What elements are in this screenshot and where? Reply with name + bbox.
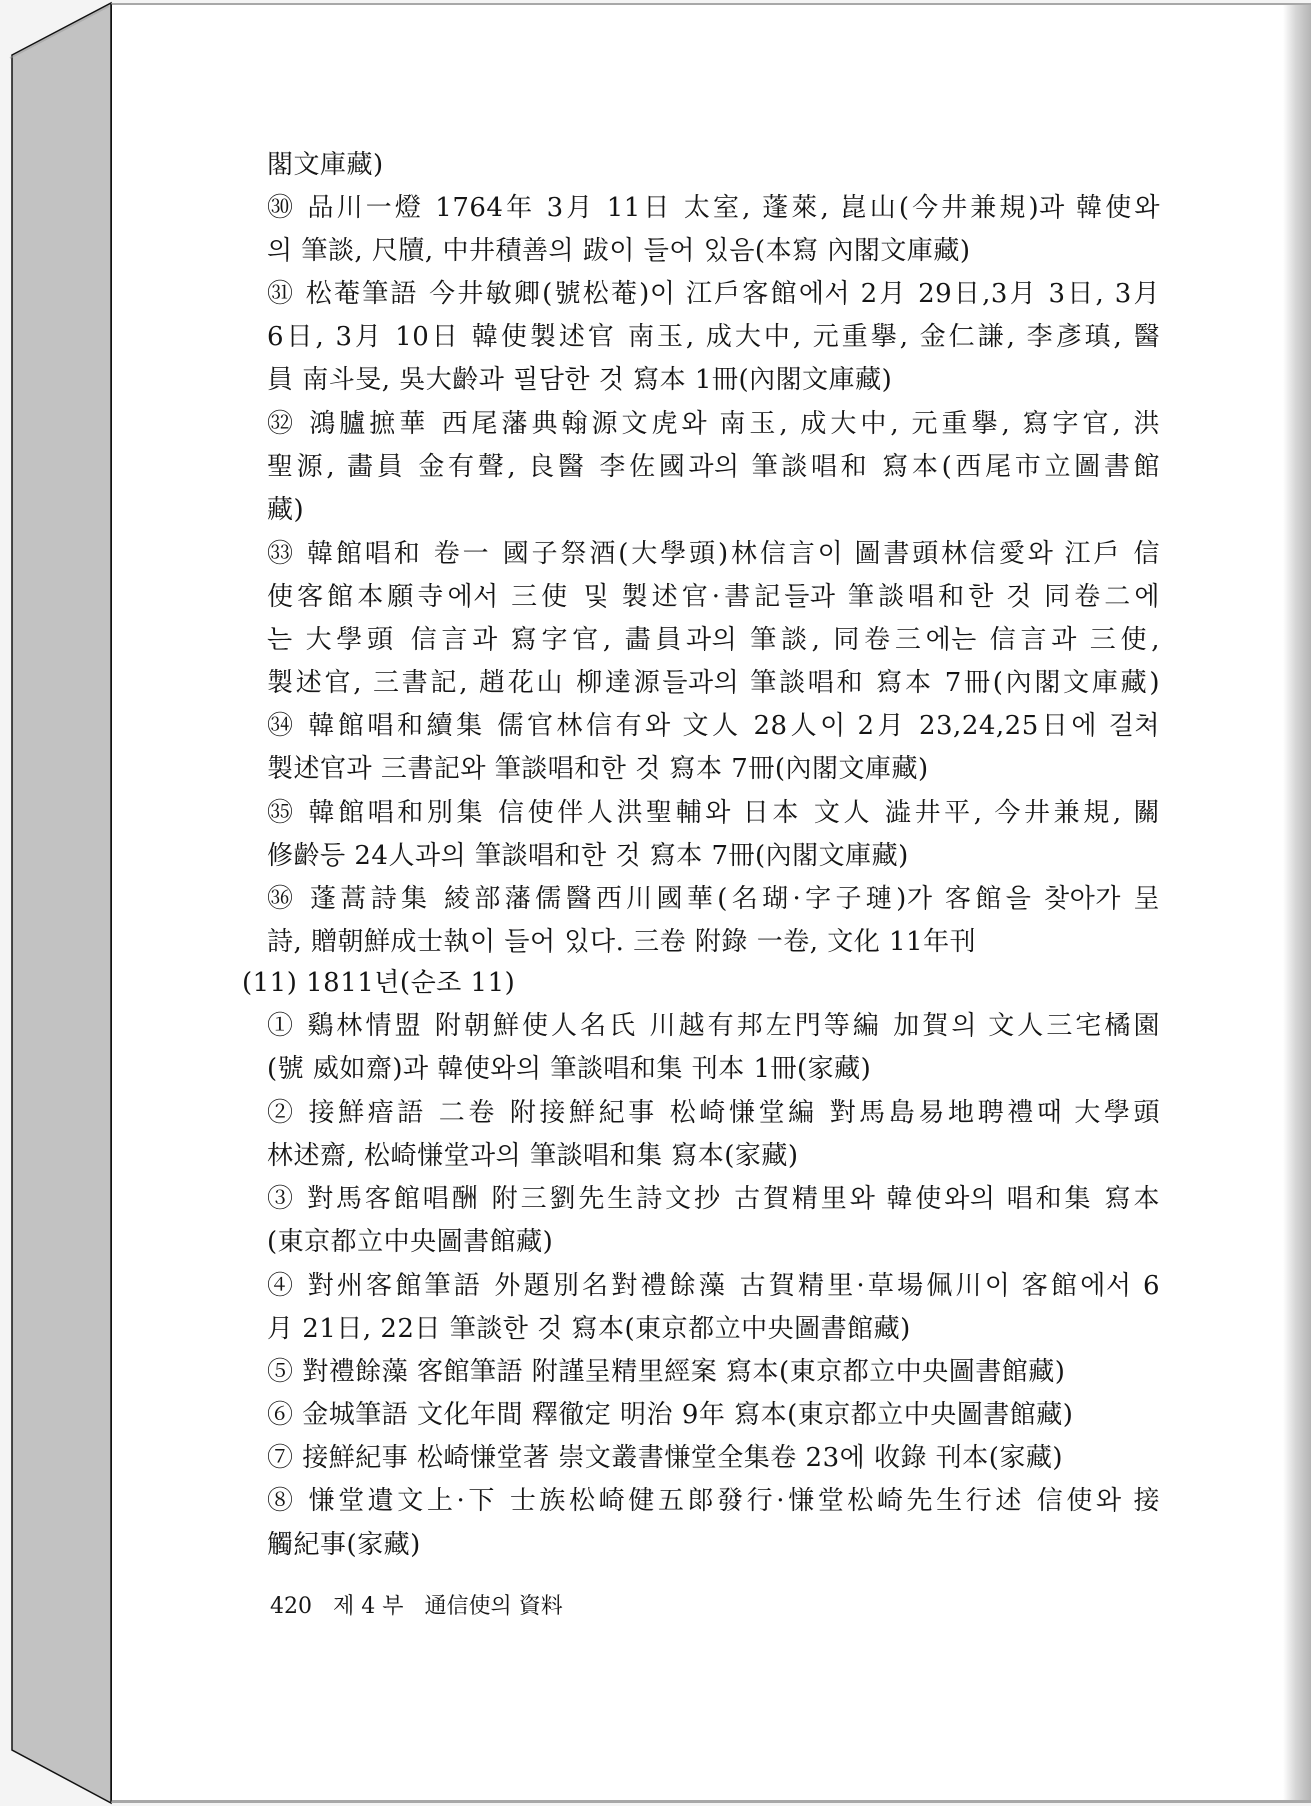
text-line: 閣文庫藏)	[267, 145, 1160, 185]
text-line: 林述齋, 松崎慊堂과의 筆談唱和集 寫本(家藏)	[267, 1136, 1160, 1176]
text-line: ㉞ 韓館唱和續集 儒官林信有와 文人 28人이 2月 23,24,25日에 걸쳐	[267, 706, 1160, 746]
text-line: 詩, 贈朝鮮成士執이 들어 있다. 三卷 附錄 一卷, 文化 11年刊	[267, 922, 1160, 962]
text-line: ⑦ 接鮮紀事 松崎慊堂著 崇文叢書慊堂全集卷 23에 收錄 刊本(家藏)	[267, 1438, 1160, 1478]
text-line: ㉚ 品川一燈 1764年 3月 11日 太室, 蓬萊, 崑山(今井兼規)과 韓使…	[267, 188, 1160, 228]
text-line: 觸紀事(家藏)	[267, 1525, 1160, 1565]
text-line: ㉟ 韓館唱和別集 信使伴人洪聖輔와 日本 文人 澁井平, 今井兼規, 關	[267, 793, 1160, 833]
text-line: ④ 對州客館筆語 外題別名對禮餘藻 古賀精里·草場佩川이 客館에서 6	[267, 1266, 1160, 1306]
text-line: ③ 對馬客館唱酬 附三劉先生詩文抄 古賀精里와 韓使와의 唱和集 寫本	[267, 1179, 1160, 1219]
text-line: ① 鷄林情盟 附朝鮮使人名氏 川越有邦左門等編 加賀의 文人三宅橘園	[267, 1006, 1160, 1046]
text-line: ② 接鮮瘖語 二卷 附接鮮紀事 松崎慊堂編 對馬島易地聘禮때 大學頭	[267, 1093, 1160, 1133]
text-line: 製述官, 三書記, 趙花山 柳達源들과의 筆談唱和 寫本 7冊(內閣文庫藏)	[267, 663, 1160, 703]
footer-part: 제 4 부	[333, 1594, 404, 1619]
text-line: (東京都立中央圖書館藏)	[267, 1222, 1160, 1262]
text-line: ⑧ 慊堂遺文上·下 士族松崎健五郞發行·慊堂松崎先生行述 信使와 接	[267, 1481, 1160, 1521]
text-line: ㊱ 蓬蒿詩集 綾部藩儒醫西川國華(名瑚·字子璉)가 客館을 찾아가 呈	[267, 879, 1160, 919]
page-edge-shadow	[1283, 5, 1311, 1800]
text-line: 6日, 3月 10日 韓使製述官 南玉, 成大中, 元重擧, 金仁謙, 李彥瑱,…	[267, 317, 1160, 357]
text-line: 使客館本願寺에서 三使 및 製述官·書記들과 筆談唱和한 것 同卷二에	[267, 577, 1160, 617]
section-heading: (11) 1811년(순조 11)	[242, 963, 1135, 1003]
text-line: (號 威如齋)과 韓使와의 筆談唱和集 刊本 1冊(家藏)	[267, 1049, 1160, 1089]
footer-section-title: 通信使의 資料	[424, 1594, 562, 1619]
text-line: 製述官과 三書記와 筆談唱和한 것 寫本 7冊(內閣文庫藏)	[267, 749, 1160, 789]
page-number: 420	[270, 1594, 312, 1619]
text-line: ⑥ 金城筆語 文化年間 釋徹定 明治 9年 寫本(東京都立中央圖書館藏)	[267, 1395, 1160, 1435]
text-line: ㉜ 鴻臚摭華 西尾藩典翰源文虎와 南玉, 成大中, 元重擧, 寫字官, 洪	[267, 404, 1160, 444]
text-line: ㉝ 韓館唱和 卷一 國子祭酒(大學頭)林信言이 圖書頭林信愛와 江戶 信	[267, 534, 1160, 574]
text-line: 藏)	[267, 490, 1160, 530]
text-line: ⑤ 對禮餘藻 客館筆語 附謹呈精里經案 寫本(東京都立中央圖書館藏)	[267, 1352, 1160, 1392]
text-line: 月 21日, 22日 筆談한 것 寫本(東京都立中央圖書館藏)	[267, 1309, 1160, 1349]
text-line: 는 大學頭 信言과 寫字官, 畵員과의 筆談, 同卷三에는 信言과 三使,	[267, 620, 1160, 660]
page-footer: 420 제 4 부 通信使의 資料	[270, 1592, 563, 1622]
text-line: 聖源, 畵員 金有聲, 良醫 李佐國과의 筆談唱和 寫本(西尾市立圖書館	[267, 447, 1160, 487]
text-line: ㉛ 松菴筆語 今井敏卿(號松菴)이 江戶客館에서 2月 29日,3月 3日, 3…	[267, 274, 1160, 314]
text-line: 의 筆談, 尺牘, 中井積善의 跋이 들어 있음(本寫 內閣文庫藏)	[267, 231, 1160, 271]
text-line: 修齡등 24人과의 筆談唱和한 것 寫本 7冊(內閣文庫藏)	[267, 836, 1160, 876]
text-line: 員 南斗旻, 吳大齡과 필담한 것 寫本 1冊(內閣文庫藏)	[267, 360, 1160, 400]
